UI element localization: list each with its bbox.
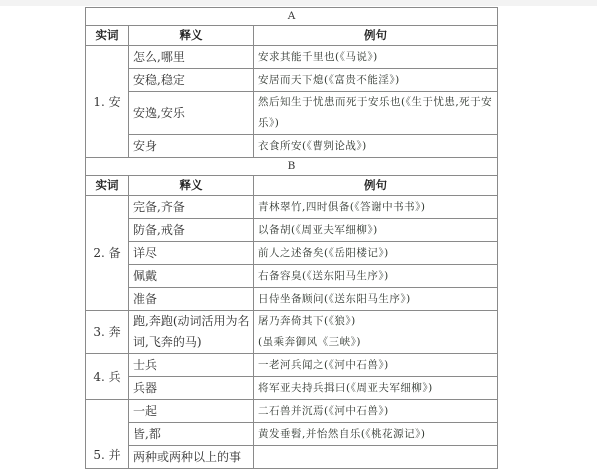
- example-cell: 黄发垂髫,并怡然自乐(《桃花源记》): [254, 423, 498, 446]
- example-cell: 前人之述备矣(《岳阳楼记》): [254, 242, 498, 265]
- meaning-cell: 安身: [129, 135, 254, 158]
- section-label: B: [86, 158, 498, 176]
- table-row: 兵器 将军亚夫持兵揖曰(《周亚夫军细柳》): [86, 377, 498, 400]
- section-b-header-row: 实词 释义 例句: [86, 176, 498, 196]
- section-a-header-row: 实词 释义 例句: [86, 26, 498, 46]
- example-cell: 右备容臭(《送东阳马生序》): [254, 265, 498, 288]
- word-cell: 1. 安: [86, 46, 129, 158]
- table-row: 安身 衣食所安(《曹刿论战》): [86, 135, 498, 158]
- section-label: A: [86, 8, 498, 26]
- header-example: 例句: [254, 26, 498, 46]
- example-cell: 安求其能千里也(《马说》): [254, 46, 498, 69]
- word-cell: 5. 并: [86, 400, 129, 469]
- table-row: 详尽 前人之述备矣(《岳阳楼记》): [86, 242, 498, 265]
- table-row: 1. 安 怎么,哪里 安求其能千里也(《马说》): [86, 46, 498, 69]
- example-cell: 安居而天下熄(《富贵不能淫》): [254, 69, 498, 92]
- example-cell: 将军亚夫持兵揖曰(《周亚夫军细柳》): [254, 377, 498, 400]
- example-cell: [254, 446, 498, 469]
- meaning-cell: 兵器: [129, 377, 254, 400]
- table-row: 准备 日侍坐备顾问(《送东阳马生序》): [86, 288, 498, 311]
- header-meaning: 释义: [129, 176, 254, 196]
- meaning-cell: 防备,戒备: [129, 219, 254, 242]
- table-row: 3. 奔 跑,奔跑(动词活用为名词,飞奔的马) 屠乃奔倚其下(《狼》) (虽乘奔…: [86, 311, 498, 354]
- table-row: 防备,戒备 以备胡(《周亚夫军细柳》): [86, 219, 498, 242]
- example-cell: 二石兽并沉焉(《河中石兽》): [254, 400, 498, 423]
- meaning-cell: 安逸,安乐: [129, 92, 254, 135]
- meaning-cell: 怎么,哪里: [129, 46, 254, 69]
- classical-chinese-vocabulary-table: A 实词 释义 例句 1. 安 怎么,哪里 安求其能千里也(《马说》) 安稳,稳…: [85, 7, 498, 469]
- example-cell: 衣食所安(《曹刿论战》): [254, 135, 498, 158]
- meaning-cell: 完备,齐备: [129, 196, 254, 219]
- header-word: 实词: [86, 176, 129, 196]
- meaning-cell: 佩戴: [129, 265, 254, 288]
- header-example: 例句: [254, 176, 498, 196]
- table-row: 4. 兵 士兵 一老河兵闻之(《河中石兽》): [86, 354, 498, 377]
- word-cell: 3. 奔: [86, 311, 129, 354]
- meaning-cell: 准备: [129, 288, 254, 311]
- table-row: 5. 并 一起 二石兽并沉焉(《河中石兽》): [86, 400, 498, 423]
- example-line: (虽乘奔御风《三峡》): [258, 332, 497, 353]
- page-top-band: [0, 0, 597, 6]
- header-word: 实词: [86, 26, 129, 46]
- word-cell: 2. 备: [86, 196, 129, 311]
- meaning-cell: 皆,都: [129, 423, 254, 446]
- word-cell: 4. 兵: [86, 354, 129, 400]
- meaning-cell: 两种或两种以上的事: [129, 446, 254, 469]
- table-row: 2. 备 完备,齐备 青林翠竹,四时俱备(《答谢中书书》): [86, 196, 498, 219]
- example-line: 屠乃奔倚其下(《狼》): [258, 311, 497, 332]
- table-row: 皆,都 黄发垂髫,并怡然自乐(《桃花源记》): [86, 423, 498, 446]
- example-cell: 青林翠竹,四时俱备(《答谢中书书》): [254, 196, 498, 219]
- example-cell: 然后知生于忧患而死于安乐也(《生于忧患,死于安乐》): [254, 92, 498, 135]
- table-row: 两种或两种以上的事: [86, 446, 498, 469]
- table-row: 安稳,稳定 安居而天下熄(《富贵不能淫》): [86, 69, 498, 92]
- example-cell: 以备胡(《周亚夫军细柳》): [254, 219, 498, 242]
- section-b-title-row: B: [86, 158, 498, 176]
- meaning-cell: 士兵: [129, 354, 254, 377]
- example-cell: 一老河兵闻之(《河中石兽》): [254, 354, 498, 377]
- meaning-cell: 跑,奔跑(动词活用为名词,飞奔的马): [129, 311, 254, 354]
- meaning-cell: 详尽: [129, 242, 254, 265]
- section-a-title-row: A: [86, 8, 498, 26]
- example-cell: 日侍坐备顾问(《送东阳马生序》): [254, 288, 498, 311]
- table-row: 安逸,安乐 然后知生于忧患而死于安乐也(《生于忧患,死于安乐》): [86, 92, 498, 135]
- header-meaning: 释义: [129, 26, 254, 46]
- example-cell: 屠乃奔倚其下(《狼》) (虽乘奔御风《三峡》): [254, 311, 498, 354]
- meaning-cell: 安稳,稳定: [129, 69, 254, 92]
- meaning-cell: 一起: [129, 400, 254, 423]
- table-row: 佩戴 右备容臭(《送东阳马生序》): [86, 265, 498, 288]
